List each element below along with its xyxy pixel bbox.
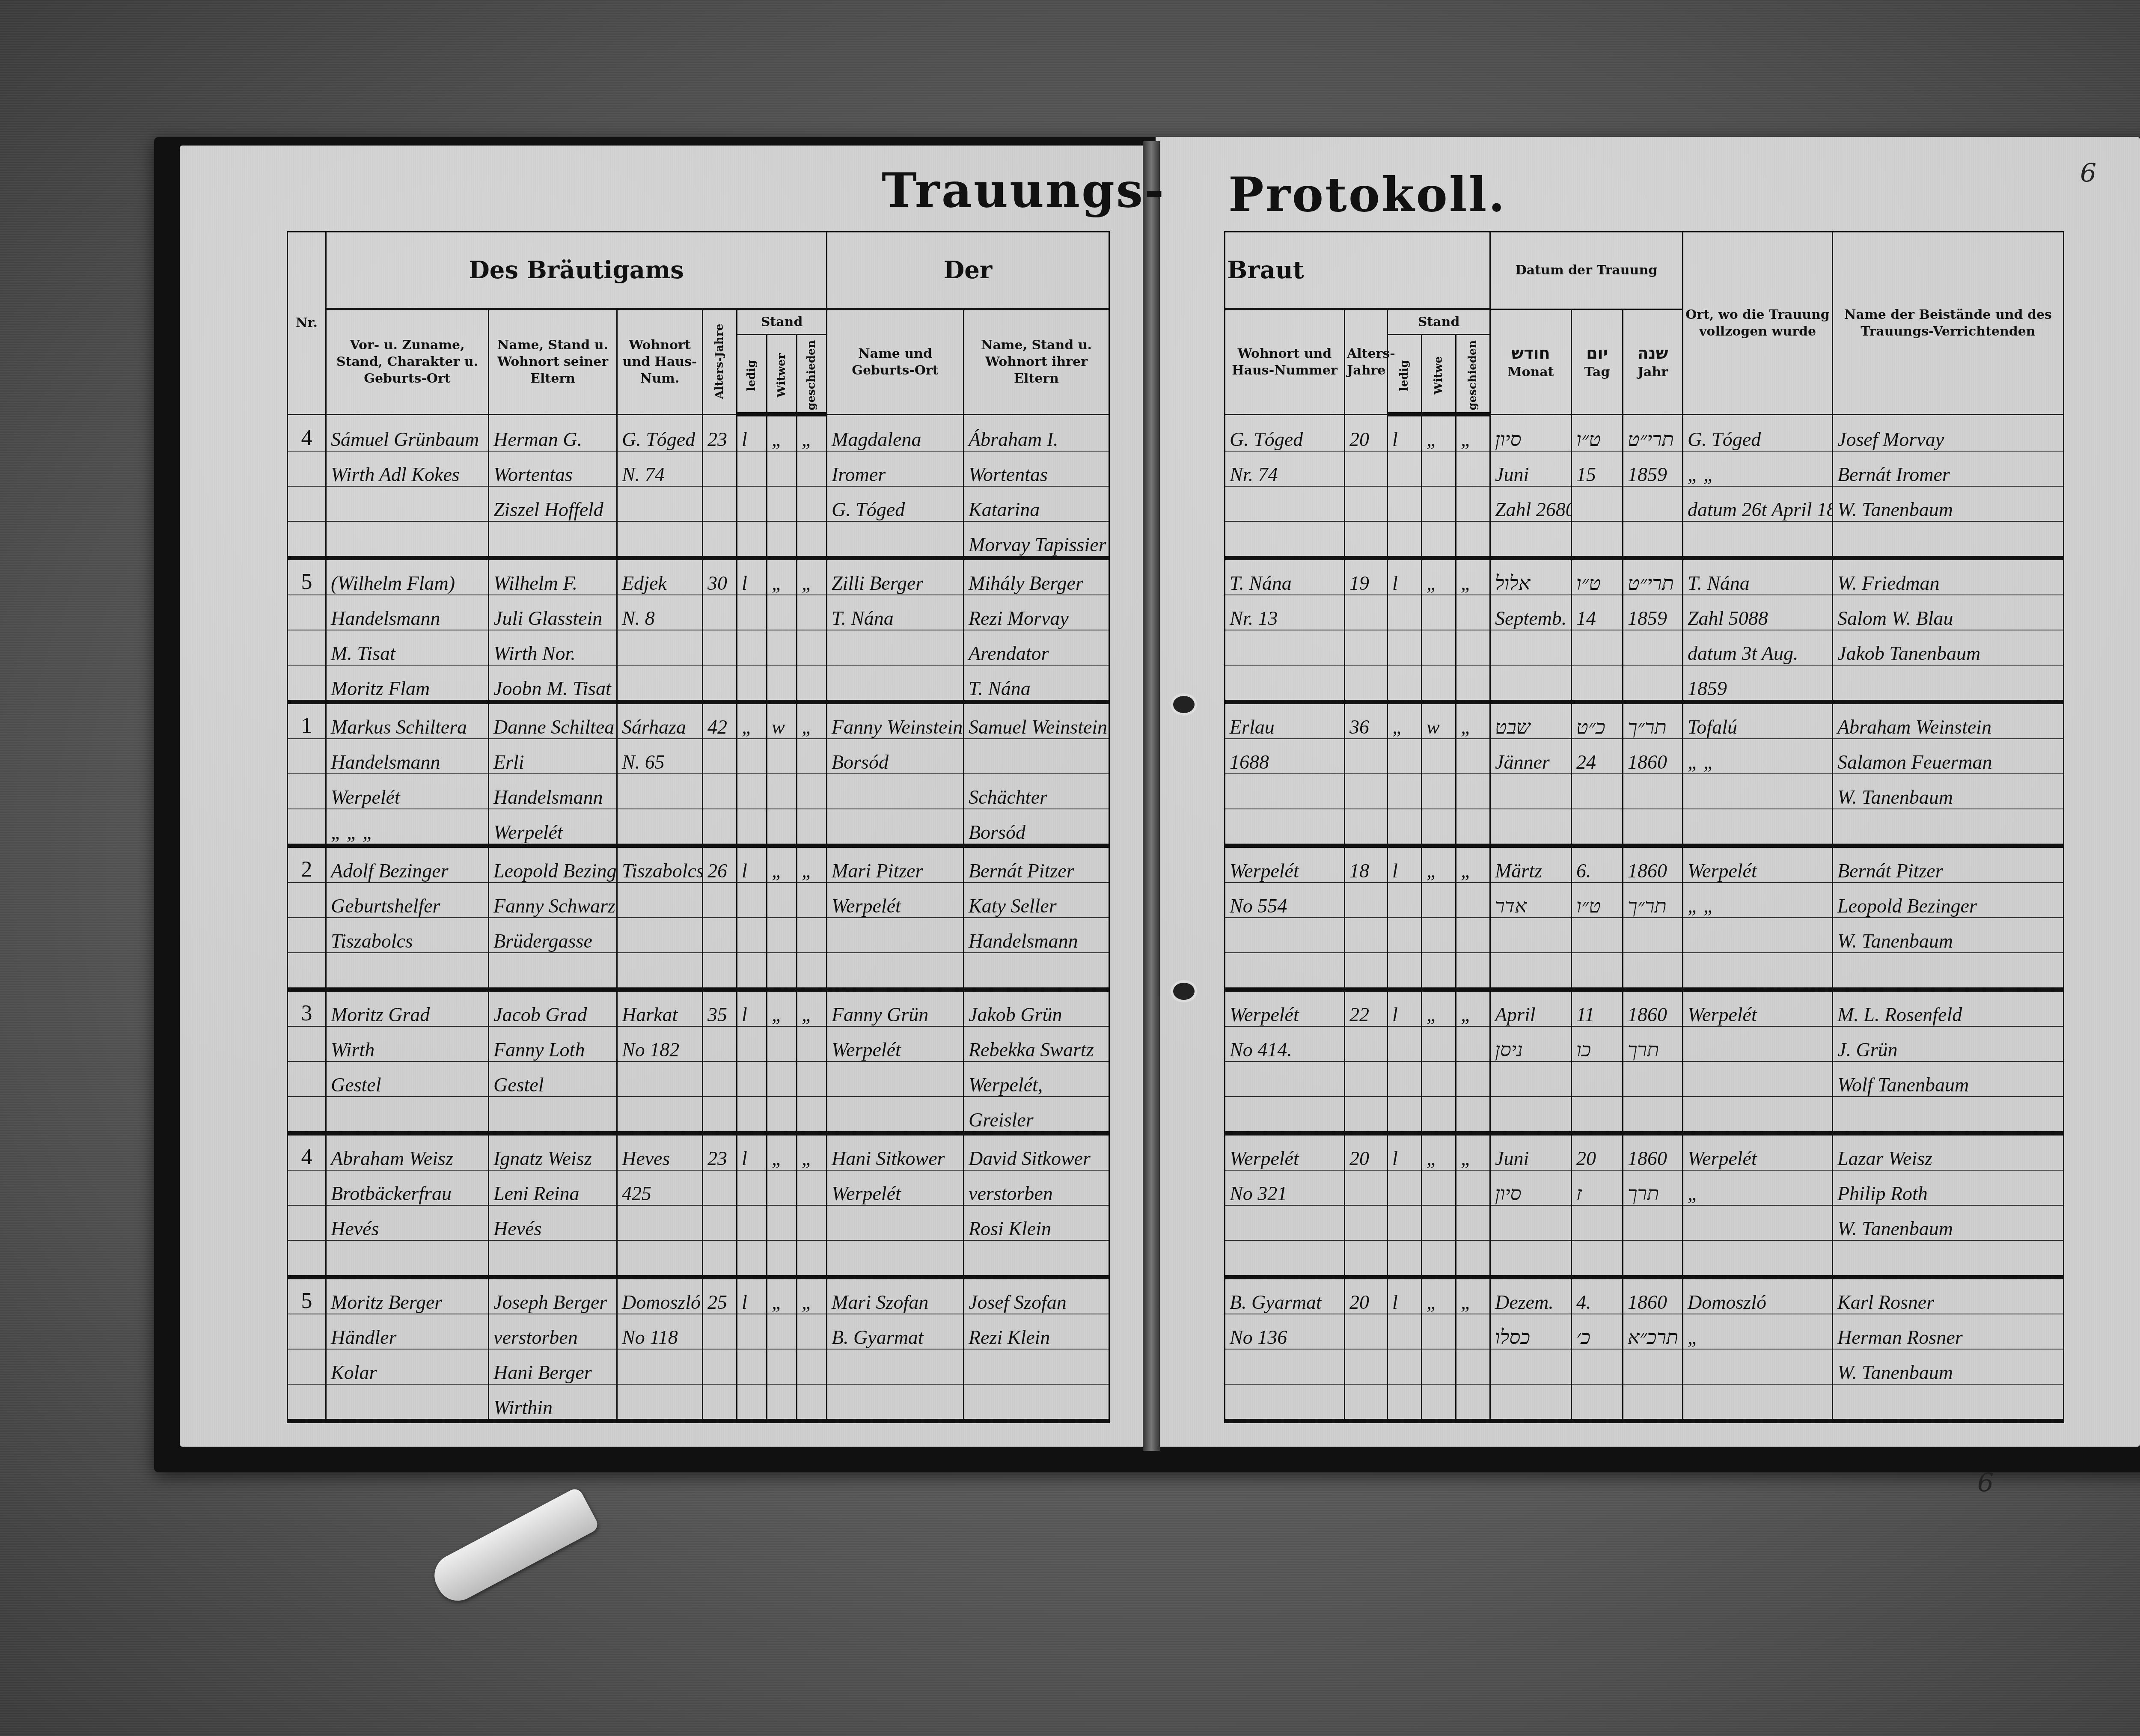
book-spine xyxy=(1143,141,1160,1451)
groom-residence-cell xyxy=(617,809,703,846)
groom-parents-cell: Wirth Nor. xyxy=(489,630,617,665)
entry-number: 5 xyxy=(288,558,326,595)
bride-name-cell: Borsód xyxy=(827,739,964,774)
groom-stand-empty xyxy=(767,1384,797,1421)
entry-number-empty xyxy=(288,883,326,918)
bride-age-cell: 18 xyxy=(1345,846,1388,883)
table-row: Morvay Tapissier xyxy=(288,521,1109,558)
bride-name-cell xyxy=(827,953,964,990)
bride-stand-empty xyxy=(1456,1205,1490,1240)
year-cell: 1860 xyxy=(1623,739,1683,774)
bride-stand-empty xyxy=(1456,1349,1490,1384)
year-cell xyxy=(1623,1349,1683,1384)
header-bride-parents: Name, Stand u. Wohnort ihrer Eltern xyxy=(964,309,1109,414)
groom-stand-empty xyxy=(737,1170,767,1205)
place-cell xyxy=(1683,918,1833,953)
table-row: Erlau36„w„שבטכ״טתר״ךTofalúAbraham Weinst… xyxy=(1225,702,2064,739)
groom-residence-cell: N. 65 xyxy=(617,739,703,774)
table-row: Wirthin xyxy=(288,1384,1109,1421)
groom-stand-empty xyxy=(737,1026,767,1061)
day-cell: כ״ט xyxy=(1572,702,1623,739)
bride-age-cell: 19 xyxy=(1345,558,1388,595)
place-cell: „ „ xyxy=(1683,451,1833,486)
bride-age-empty xyxy=(1345,809,1388,846)
place-cell: Werpelét xyxy=(1683,1133,1833,1170)
witness-cell: Bernát Iromer xyxy=(1833,451,2064,486)
bride-residence-cell: No 136 xyxy=(1225,1314,1345,1349)
bride-stand-cell: „ xyxy=(1456,846,1490,883)
groom-stand-cell: w xyxy=(767,702,797,739)
table-row: GeburtshelferFanny SchwarzWerpelétKaty S… xyxy=(288,883,1109,918)
groom-age-cell: 30 xyxy=(703,558,737,595)
month-cell xyxy=(1490,1349,1572,1384)
groom-parents-cell: Joseph Berger xyxy=(489,1277,617,1314)
bride-parents-cell: Rezi Klein xyxy=(964,1314,1109,1349)
groom-stand-cell: „ xyxy=(797,558,827,595)
bride-parents-cell xyxy=(964,953,1109,990)
groom-register-body: 4Sámuel GrünbaumHerman G.G. Tóged23l„„Ma… xyxy=(288,414,1109,1421)
header-date-group: Datum der Trauung xyxy=(1490,232,1683,309)
groom-stand-empty xyxy=(767,918,797,953)
header-nr: Nr. xyxy=(288,232,326,415)
bride-stand-cell: „ xyxy=(1422,1277,1456,1314)
year-cell: תרי״ט xyxy=(1623,558,1683,595)
bride-residence-cell: No 414. xyxy=(1225,1026,1345,1061)
year-cell: תרכ״א xyxy=(1623,1314,1683,1349)
bride-residence-cell: 1688 xyxy=(1225,739,1345,774)
bride-stand-empty xyxy=(1422,630,1456,665)
month-cell xyxy=(1490,774,1572,809)
table-row: No 554אדרט״ותר״ך„ „Leopold Bezinger xyxy=(1225,883,2064,918)
bride-stand-empty xyxy=(1456,1314,1490,1349)
month-cell xyxy=(1490,1384,1572,1421)
bride-stand-empty xyxy=(1422,1314,1456,1349)
groom-stand-empty xyxy=(737,451,767,486)
bride-parents-cell: Werpelét, xyxy=(964,1061,1109,1097)
day-cell xyxy=(1572,486,1623,521)
bride-name-cell: Mari Pitzer xyxy=(827,846,964,883)
bride-name-cell: Mari Szofan xyxy=(827,1277,964,1314)
place-cell: Tofalú xyxy=(1683,702,1833,739)
bride-name-cell: B. Gyarmat xyxy=(827,1314,964,1349)
groom-age-cell: 23 xyxy=(703,414,737,451)
witness-cell: W. Tanenbaum xyxy=(1833,1205,2064,1240)
month-cell xyxy=(1490,1240,1572,1277)
bride-name-cell: Werpelét xyxy=(827,1026,964,1061)
place-cell: „ „ xyxy=(1683,739,1833,774)
witness-cell: Herman Rosner xyxy=(1833,1314,2064,1349)
bride-residence-cell: No 554 xyxy=(1225,883,1345,918)
bride-stand-cell: w xyxy=(1422,702,1456,739)
groom-stand-cell: l xyxy=(737,846,767,883)
entry-number: 4 xyxy=(288,414,326,451)
groom-residence-cell xyxy=(617,1097,703,1133)
entry-number: 1 xyxy=(288,702,326,739)
bride-stand-empty xyxy=(1422,1205,1456,1240)
bride-stand-empty xyxy=(1456,1097,1490,1133)
place-cell xyxy=(1683,1240,1833,1277)
groom-stand-empty xyxy=(797,918,827,953)
bride-stand-empty xyxy=(1456,451,1490,486)
table-row: WerpelétHandelsmannSchächter xyxy=(288,774,1109,809)
place-cell: G. Tóged xyxy=(1683,414,1833,451)
header-month-hebrew: חודש xyxy=(1511,344,1550,363)
bride-stand-empty xyxy=(1422,953,1456,990)
groom-stand-empty xyxy=(767,883,797,918)
title-left: Trauungs- xyxy=(882,163,1166,218)
header-year: שנהJahr xyxy=(1623,309,1683,414)
bride-stand-empty xyxy=(1388,1240,1422,1277)
bride-stand-empty xyxy=(1456,739,1490,774)
day-cell xyxy=(1572,953,1623,990)
entry-number-empty xyxy=(288,1205,326,1240)
groom-name-cell: Gestel xyxy=(326,1061,489,1097)
groom-age-empty xyxy=(703,1205,737,1240)
year-cell xyxy=(1623,774,1683,809)
groom-age-empty xyxy=(703,1384,737,1421)
day-cell xyxy=(1572,918,1623,953)
groom-age-empty xyxy=(703,521,737,558)
year-cell xyxy=(1623,1097,1683,1133)
groom-name-cell: Brotbäckerfrau xyxy=(326,1170,489,1205)
month-cell: April xyxy=(1490,990,1572,1026)
bride-stand-cell: „ xyxy=(1456,990,1490,1026)
table-row: Werpelét22l„„April111860WerpelétM. L. Ro… xyxy=(1225,990,2064,1026)
groom-stand-empty xyxy=(767,1314,797,1349)
bride-parents-cell: Wortentas xyxy=(964,451,1109,486)
header-month-label: Monat xyxy=(1507,365,1554,380)
table-row xyxy=(1225,521,2064,558)
groom-residence-cell xyxy=(617,774,703,809)
entry-number-empty xyxy=(288,521,326,558)
year-cell xyxy=(1623,918,1683,953)
day-cell: ט״ו xyxy=(1572,414,1623,451)
table-row xyxy=(1225,809,2064,846)
bride-stand-empty xyxy=(1422,918,1456,953)
groom-name-cell xyxy=(326,1240,489,1277)
bride-name-cell xyxy=(827,918,964,953)
bride-parents-cell: verstorben xyxy=(964,1170,1109,1205)
month-cell: Märtz xyxy=(1490,846,1572,883)
groom-parents-cell: Wirthin xyxy=(489,1384,617,1421)
bride-age-empty xyxy=(1345,1205,1388,1240)
groom-stand-empty xyxy=(767,1061,797,1097)
groom-residence-cell xyxy=(617,953,703,990)
header-witwer: Witwer xyxy=(767,335,797,415)
groom-name-cell: M. Tisat xyxy=(326,630,489,665)
groom-stand-cell: „ xyxy=(797,846,827,883)
groom-residence-cell: Domoszló xyxy=(617,1277,703,1314)
groom-age-empty xyxy=(703,1314,737,1349)
bride-name-cell: Fanny Grün xyxy=(827,990,964,1026)
bride-residence-cell xyxy=(1225,630,1345,665)
month-cell: סיון xyxy=(1490,414,1572,451)
table-row: Werpelét18l„„Märtz6.1860WerpelétBernát P… xyxy=(1225,846,2064,883)
groom-stand-cell: „ xyxy=(767,558,797,595)
entry-number-empty xyxy=(288,774,326,809)
header-braut-group: Braut xyxy=(1225,232,1490,309)
bride-stand-empty xyxy=(1456,595,1490,630)
place-cell xyxy=(1683,774,1833,809)
groom-parents-cell: Herman G. xyxy=(489,414,617,451)
bride-stand-cell: „ xyxy=(1456,1277,1490,1314)
place-cell: Werpelét xyxy=(1683,846,1833,883)
table-row: 5Moritz BergerJoseph BergerDomoszló25l„„… xyxy=(288,1277,1109,1314)
groom-parents-cell: Hevés xyxy=(489,1205,617,1240)
place-cell xyxy=(1683,1384,1833,1421)
bride-parents-cell xyxy=(964,1384,1109,1421)
groom-stand-cell: l xyxy=(737,414,767,451)
groom-age-empty xyxy=(703,809,737,846)
bride-parents-cell: Jakob Grün xyxy=(964,990,1109,1026)
table-row: Moritz FlamJoobn M. TisatT. Nána xyxy=(288,665,1109,702)
groom-parents-cell xyxy=(489,521,617,558)
place-cell: „ xyxy=(1683,1314,1833,1349)
groom-parents-cell: Erli xyxy=(489,739,617,774)
groom-stand-empty xyxy=(797,1384,827,1421)
bride-residence-cell: T. Nána xyxy=(1225,558,1345,595)
entry-number-empty xyxy=(288,1170,326,1205)
bride-stand-cell: „ xyxy=(1388,702,1422,739)
groom-residence-cell: Tiszabolcs xyxy=(617,846,703,883)
bride-name-cell xyxy=(827,1061,964,1097)
bride-name-cell: Werpelét xyxy=(827,1170,964,1205)
groom-stand-cell: „ xyxy=(797,702,827,739)
bride-stand-cell: „ xyxy=(1456,558,1490,595)
table-row: No 136כסלוכ׳תרכ״א„Herman Rosner xyxy=(1225,1314,2064,1349)
groom-stand-cell: „ xyxy=(797,990,827,1026)
bride-stand-empty xyxy=(1388,1170,1422,1205)
groom-stand-empty xyxy=(797,1349,827,1384)
month-cell xyxy=(1490,1205,1572,1240)
bride-age-cell: 22 xyxy=(1345,990,1388,1026)
bride-parents-cell: Schächter xyxy=(964,774,1109,809)
groom-age-empty xyxy=(703,1349,737,1384)
groom-stand-empty xyxy=(767,1205,797,1240)
bride-age-empty xyxy=(1345,1170,1388,1205)
groom-stand-empty xyxy=(737,953,767,990)
year-cell: תרך xyxy=(1623,1026,1683,1061)
bride-stand-empty xyxy=(1388,1314,1422,1349)
day-cell: 24 xyxy=(1572,739,1623,774)
witness-cell xyxy=(1833,521,2064,558)
table-row: 2Adolf BezingerLeopold BezingerTiszabolc… xyxy=(288,846,1109,883)
table-row: 5(Wilhelm Flam)Wilhelm F.Edjek30l„„Zilli… xyxy=(288,558,1109,595)
groom-parents-cell: Handelsmann xyxy=(489,774,617,809)
groom-age-empty xyxy=(703,953,737,990)
binding-ring-icon xyxy=(1171,693,1197,716)
groom-age-cell: 26 xyxy=(703,846,737,883)
table-row: KolarHani Berger xyxy=(288,1349,1109,1384)
groom-residence-cell: Harkat xyxy=(617,990,703,1026)
groom-stand-cell: „ xyxy=(767,1133,797,1170)
table-row: B. Gyarmat20l„„Dezem.4.1860DomoszlóKarl … xyxy=(1225,1277,2064,1314)
groom-residence-cell xyxy=(617,521,703,558)
bride-stand-empty xyxy=(1456,809,1490,846)
bride-stand-empty xyxy=(1422,1349,1456,1384)
day-cell: ז xyxy=(1572,1170,1623,1205)
month-cell: Juni xyxy=(1490,451,1572,486)
year-cell xyxy=(1623,1205,1683,1240)
year-cell xyxy=(1623,630,1683,665)
bride-stand-empty xyxy=(1422,809,1456,846)
groom-stand-cell: l xyxy=(737,1277,767,1314)
bride-stand-empty xyxy=(1388,1205,1422,1240)
bride-stand-cell: „ xyxy=(1422,558,1456,595)
groom-name-cell: Markus Schiltera xyxy=(326,702,489,739)
bride-parents-cell: Borsód xyxy=(964,809,1109,846)
bride-residence-cell: Erlau xyxy=(1225,702,1345,739)
bride-stand-empty xyxy=(1388,774,1422,809)
bride-name-cell xyxy=(827,1097,964,1133)
groom-stand-empty xyxy=(767,595,797,630)
table-row: HandelsmannErliN. 65Borsód xyxy=(288,739,1109,774)
month-cell: Septemb. xyxy=(1490,595,1572,630)
bride-age-empty xyxy=(1345,665,1388,702)
groom-name-cell: Handelsmann xyxy=(326,595,489,630)
year-cell: תר״ך xyxy=(1623,883,1683,918)
groom-stand-cell: „ xyxy=(797,414,827,451)
groom-residence-cell xyxy=(617,486,703,521)
entry-number-empty xyxy=(288,953,326,990)
groom-age-cell: 25 xyxy=(703,1277,737,1314)
bride-age-empty xyxy=(1345,521,1388,558)
groom-age-empty xyxy=(703,451,737,486)
bride-stand-empty xyxy=(1422,739,1456,774)
witness-cell: Jakob Tanenbaum xyxy=(1833,630,2064,665)
witness-cell: M. L. Rosenfeld xyxy=(1833,990,2064,1026)
bride-stand-empty xyxy=(1422,1097,1456,1133)
bride-age-empty xyxy=(1345,739,1388,774)
bride-stand-empty xyxy=(1456,1170,1490,1205)
year-cell xyxy=(1623,1061,1683,1097)
table-row: TiszabolcsBrüdergasseHandelsmann xyxy=(288,918,1109,953)
day-cell: 6. xyxy=(1572,846,1623,883)
table-row: W. Tanenbaum xyxy=(1225,1349,2064,1384)
title-right: Protokoll. xyxy=(1228,167,1507,222)
day-cell xyxy=(1572,1205,1623,1240)
groom-stand-empty xyxy=(797,774,827,809)
bride-stand-empty xyxy=(1456,486,1490,521)
day-cell xyxy=(1572,665,1623,702)
groom-stand-empty xyxy=(797,1240,827,1277)
groom-residence-cell: No 182 xyxy=(617,1026,703,1061)
groom-parents-cell xyxy=(489,1097,617,1133)
groom-name-cell: Kolar xyxy=(326,1349,489,1384)
bride-stand-empty xyxy=(1456,774,1490,809)
groom-stand-empty xyxy=(767,1026,797,1061)
header-witwe: Witwe xyxy=(1422,335,1456,415)
table-row xyxy=(1225,953,2064,990)
day-cell xyxy=(1572,1061,1623,1097)
bride-name-cell: Werpelét xyxy=(827,883,964,918)
witness-cell xyxy=(1833,953,2064,990)
page-number-top: 6 xyxy=(2080,158,2096,188)
day-cell: 4. xyxy=(1572,1277,1623,1314)
bride-name-cell: Magdalena xyxy=(827,414,964,451)
table-row: HevésHevésRosi Klein xyxy=(288,1205,1109,1240)
year-cell xyxy=(1623,665,1683,702)
header-groom-age: Alters-Jahre xyxy=(703,309,737,414)
groom-stand-empty xyxy=(797,665,827,702)
table-row: 1688Jänner241860„ „Salamon Feuerman xyxy=(1225,739,2064,774)
table-row xyxy=(288,1240,1109,1277)
bride-residence-cell: Nr. 13 xyxy=(1225,595,1345,630)
table-row: T. Nána19l„„אלולט״ותרי״טT. NánaW. Friedm… xyxy=(1225,558,2064,595)
groom-parents-cell: Ziszel Hoffeld xyxy=(489,486,617,521)
table-row: Nr. 13Septemb.141859Zahl 5088Salom W. Bl… xyxy=(1225,595,2064,630)
bride-residence-cell xyxy=(1225,1097,1345,1133)
bride-stand-cell: „ xyxy=(1422,1133,1456,1170)
header-groom-group: Des Bräutigams xyxy=(326,232,827,309)
header-geschieden-bride: geschieden xyxy=(1456,335,1490,415)
groom-parents-cell: Joobn M. Tisat xyxy=(489,665,617,702)
entry-number-empty xyxy=(288,1384,326,1421)
bride-residence-cell: Werpelét xyxy=(1225,1133,1345,1170)
groom-name-cell xyxy=(326,1097,489,1133)
bride-name-cell xyxy=(827,1240,964,1277)
groom-stand-empty xyxy=(797,809,827,846)
bride-name-cell: G. Tóged xyxy=(827,486,964,521)
header-ledig: ledig xyxy=(737,335,767,415)
bride-residence-cell xyxy=(1225,918,1345,953)
groom-residence-cell: G. Tóged xyxy=(617,414,703,451)
bride-stand-empty xyxy=(1388,1384,1422,1421)
table-row: „ „ „WerpelétBorsód xyxy=(288,809,1109,846)
groom-residence-cell: N. 8 xyxy=(617,595,703,630)
bride-stand-empty xyxy=(1388,451,1422,486)
header-bride-residence: Wohnort und Haus-Nummer xyxy=(1225,309,1345,414)
day-cell xyxy=(1572,630,1623,665)
witness-cell: Bernát Pitzer xyxy=(1833,846,2064,883)
entry-number-empty xyxy=(288,1314,326,1349)
groom-stand-empty xyxy=(737,486,767,521)
bride-age-cell: 20 xyxy=(1345,1133,1388,1170)
witness-cell: Karl Rosner xyxy=(1833,1277,2064,1314)
year-cell: 1860 xyxy=(1623,846,1683,883)
groom-stand-empty xyxy=(767,739,797,774)
year-cell: תרי״ט xyxy=(1623,414,1683,451)
groom-age-empty xyxy=(703,1170,737,1205)
bride-residence-cell xyxy=(1225,953,1345,990)
bride-stand-empty xyxy=(1388,1061,1422,1097)
bride-parents-cell xyxy=(964,1240,1109,1277)
witness-cell xyxy=(1833,1384,2064,1421)
table-row: HändlerverstorbenNo 118B. GyarmatRezi Kl… xyxy=(288,1314,1109,1349)
groom-parents-cell: Leopold Bezinger xyxy=(489,846,617,883)
bride-residence-cell xyxy=(1225,1240,1345,1277)
bride-stand-cell: l xyxy=(1388,558,1422,595)
groom-stand-cell: „ xyxy=(767,990,797,1026)
table-row: Greisler xyxy=(288,1097,1109,1133)
table-row: 4Abraham WeiszIgnatz WeiszHeves23l„„Hani… xyxy=(288,1133,1109,1170)
groom-name-cell: Wirth xyxy=(326,1026,489,1061)
groom-stand-empty xyxy=(767,521,797,558)
groom-parents-cell: Juli Glasstein xyxy=(489,595,617,630)
bride-parents-cell: Katarina xyxy=(964,486,1109,521)
bride-parents-cell: Mihály Berger xyxy=(964,558,1109,595)
groom-name-cell xyxy=(326,521,489,558)
day-cell xyxy=(1572,809,1623,846)
groom-name-cell: Moritz Flam xyxy=(326,665,489,702)
groom-name-cell: Abraham Weisz xyxy=(326,1133,489,1170)
bride-name-cell xyxy=(827,1384,964,1421)
header-geschieden: geschieden xyxy=(797,335,827,415)
groom-age-empty xyxy=(703,883,737,918)
bride-age-empty xyxy=(1345,918,1388,953)
groom-name-cell xyxy=(326,1384,489,1421)
groom-stand-empty xyxy=(737,1384,767,1421)
